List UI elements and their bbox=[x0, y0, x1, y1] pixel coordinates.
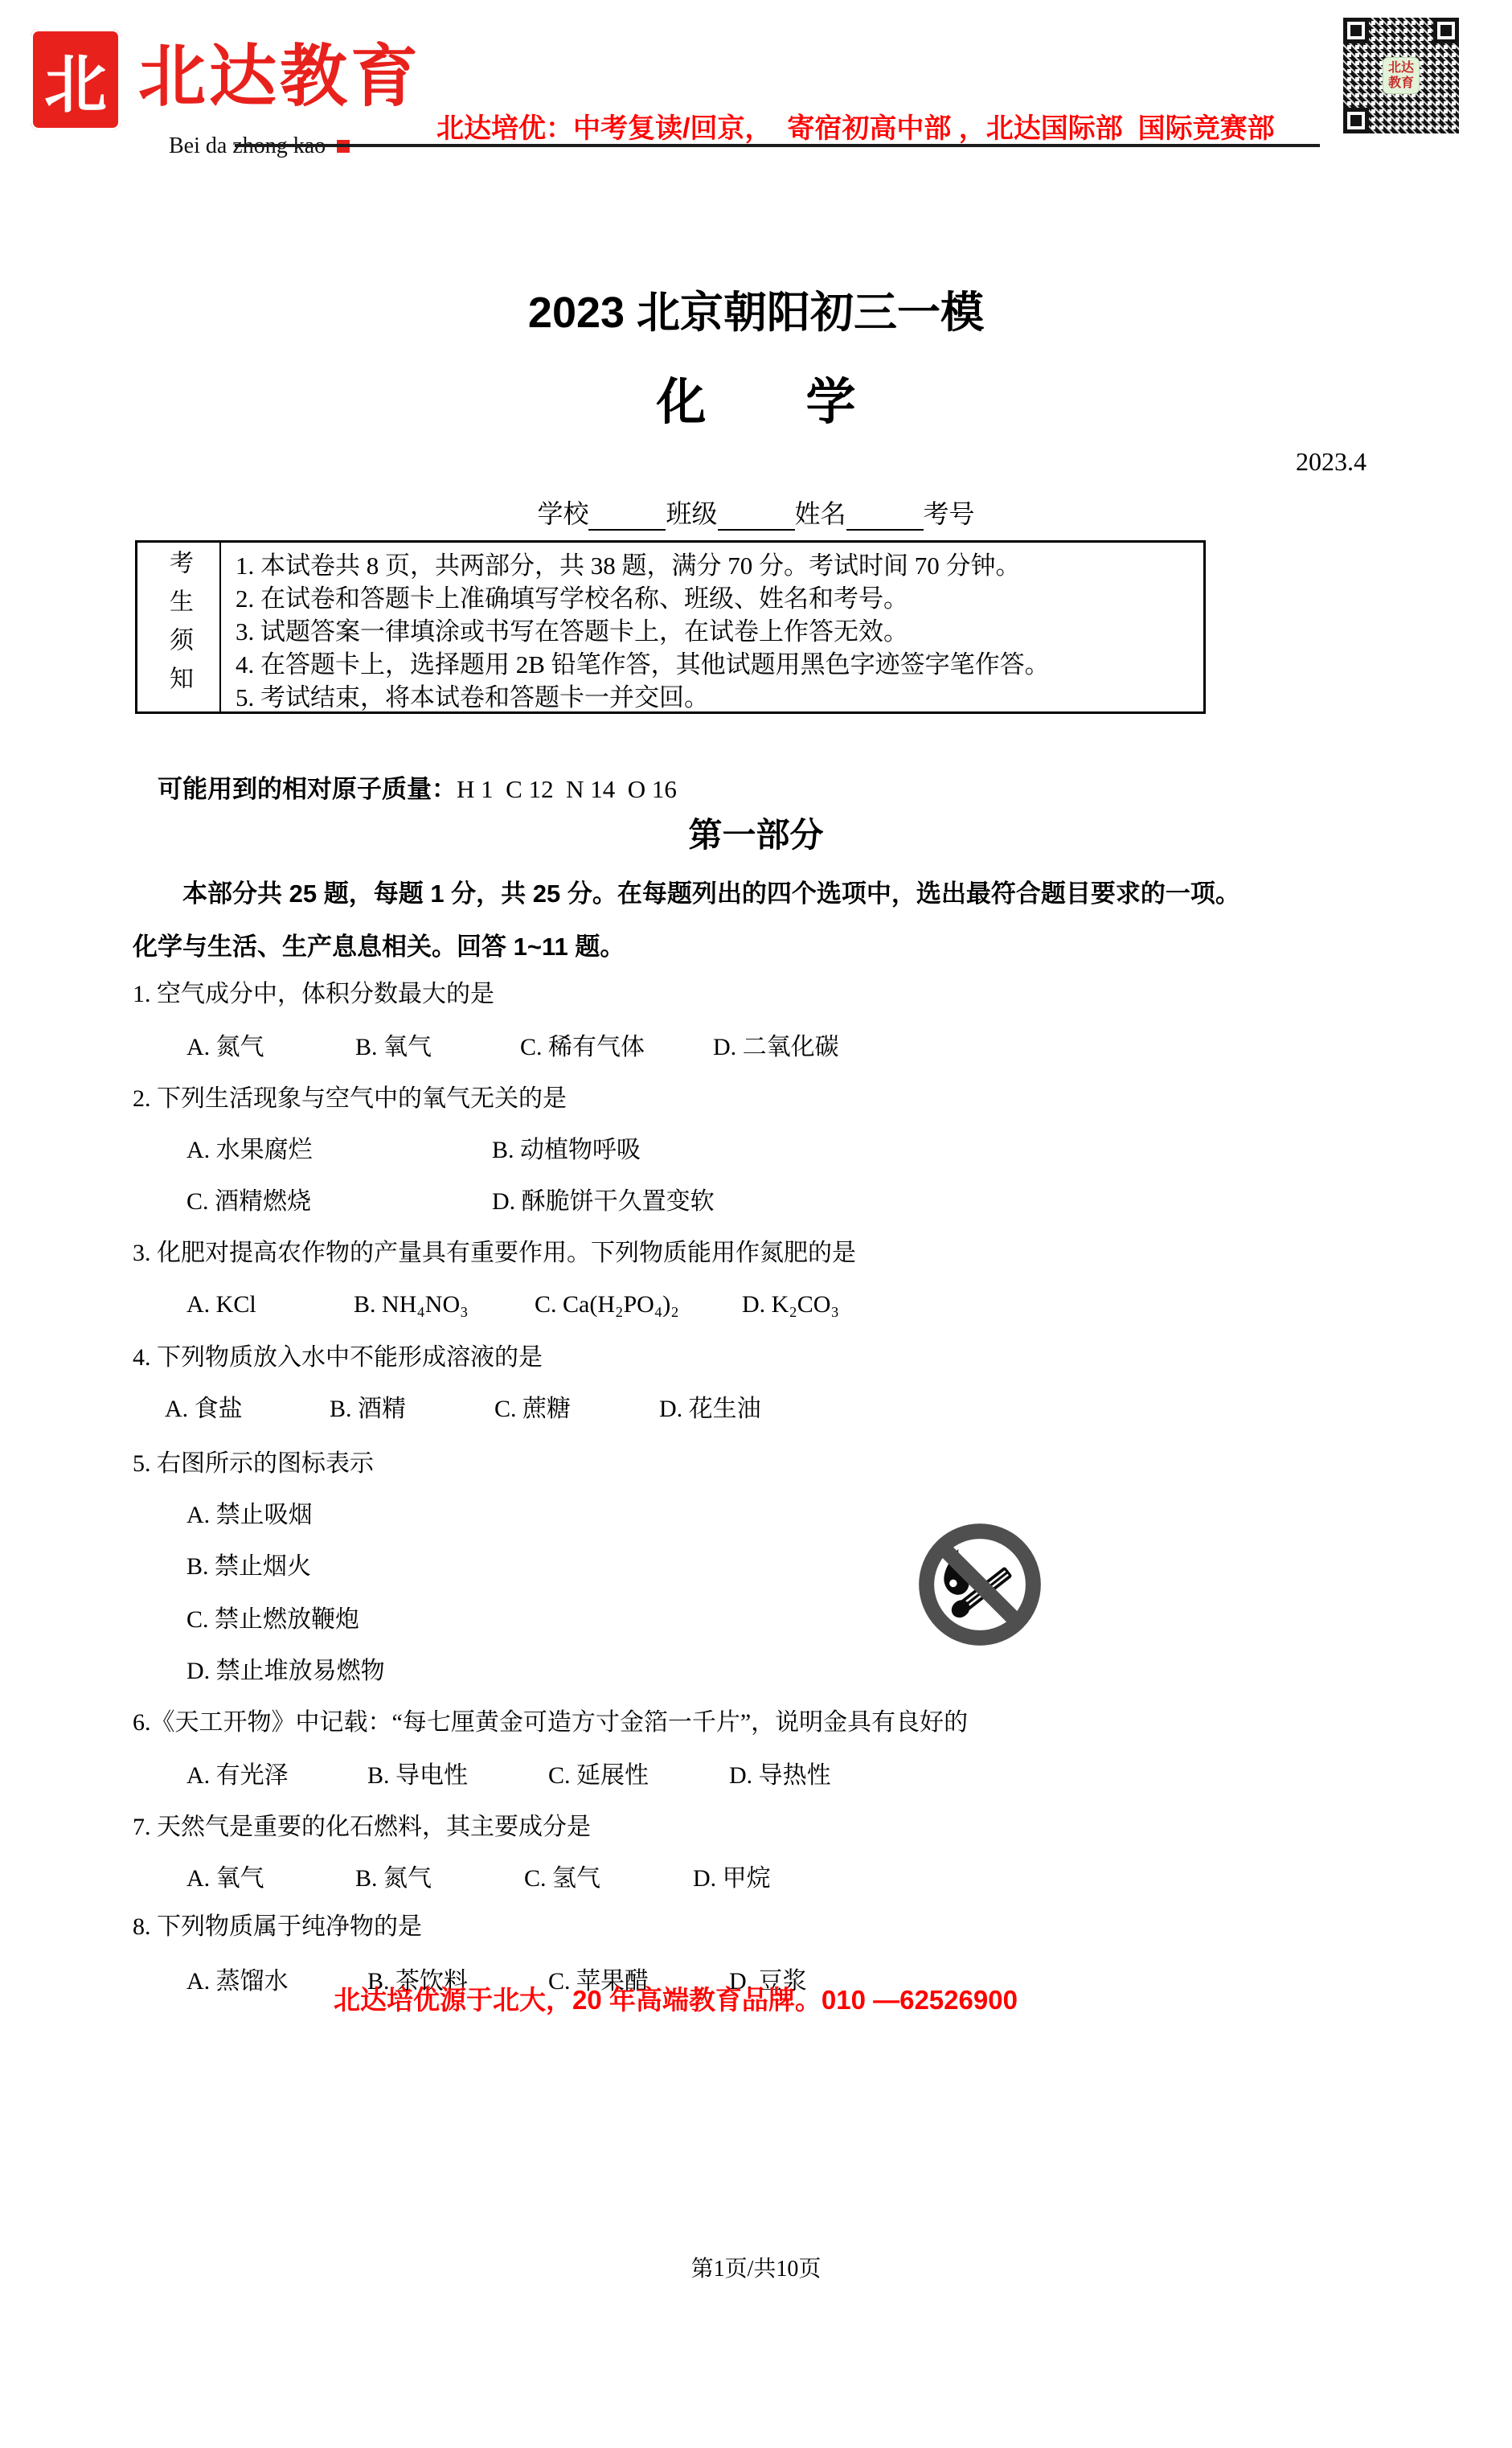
seal-character: 北 bbox=[44, 35, 107, 125]
notice-side-label: 考生须知 bbox=[161, 550, 196, 704]
notice-item: 4. 在答题卡上，选择题用 2B 铅笔作答，其他试题用黑色字迹签字笔作答。 bbox=[236, 648, 1195, 681]
name-blank-field[interactable] bbox=[846, 500, 924, 531]
option-b[interactable]: B. 氮气 bbox=[355, 1862, 524, 1896]
option-a[interactable]: A. 水果腐烂 bbox=[186, 1134, 492, 1167]
option-c[interactable]: C. 禁止燃放鞭炮 bbox=[186, 1603, 359, 1637]
option-a[interactable]: A. 氮气 bbox=[186, 1031, 355, 1064]
question-2-options-row2: C. 酒精燃烧 D. 酥脆饼干久置变软 bbox=[186, 1185, 715, 1219]
class-blank-field[interactable] bbox=[718, 500, 795, 531]
part1-intro-line1: 本部分共 25 题，每题 1 分，共 25 分。在每题列出的四个选项中，选出最符… bbox=[133, 873, 1387, 909]
school-label: 学校 bbox=[537, 494, 588, 531]
question-4-text: 4. 下列物质放入水中不能形成溶液的是 bbox=[133, 1341, 543, 1375]
question-6-options: A. 有光泽 B. 导电性 C. 延展性 D. 导热性 bbox=[186, 1759, 831, 1793]
class-label: 班级 bbox=[666, 494, 717, 531]
page-number: 第1页/共10页 bbox=[0, 2251, 1512, 2283]
option-c[interactable]: C. 延展性 bbox=[548, 1759, 729, 1793]
question-8-text: 8. 下列物质属于纯净物的是 bbox=[133, 1910, 422, 1944]
notice-item: 1. 本试卷共 8 页，共两部分，共 38 题，满分 70 分。考试时间 70 … bbox=[236, 549, 1195, 582]
atomic-mass-prefix: 可能用到的相对原子质量： bbox=[158, 775, 457, 803]
option-c[interactable]: C. 稀有气体 bbox=[520, 1031, 713, 1064]
question-2-text: 2. 下列生活现象与空气中的氧气无关的是 bbox=[133, 1082, 567, 1116]
option-d[interactable]: D. 酥脆饼干久置变软 bbox=[492, 1185, 715, 1219]
no-open-flame-icon bbox=[916, 1521, 1043, 1648]
notice-item: 3. 试题答案一律填涂或书写在答题卡上，在试卷上作答无效。 bbox=[236, 615, 1195, 648]
qr-code: 北达教育 bbox=[1338, 13, 1464, 138]
exam-paper-page: 北 北达教育 Bei da zhong kao 北达培优：中考复读/回京， 寄宿… bbox=[0, 0, 1512, 2448]
option-c[interactable]: C. 氢气 bbox=[524, 1862, 693, 1896]
qr-finder-icon bbox=[1343, 18, 1369, 43]
option-b[interactable]: B. NH₄NO₃ bbox=[354, 1288, 535, 1322]
option-a[interactable]: A. KCl bbox=[186, 1288, 354, 1322]
option-c[interactable]: C. 蔗糖 bbox=[494, 1392, 659, 1426]
notice-item: 2. 在试卷和答题卡上准确填写学校名称、班级、姓名和考号。 bbox=[236, 582, 1195, 615]
option-b[interactable]: B. 酒精 bbox=[330, 1392, 494, 1426]
option-c[interactable]: C. Ca(H₂PO₄)₂ bbox=[535, 1288, 742, 1322]
option-d[interactable]: D. K₂CO₃ bbox=[742, 1288, 839, 1322]
option-a[interactable]: A. 禁止吸烟 bbox=[186, 1499, 313, 1532]
notice-items: 1. 本试卷共 8 页，共两部分，共 38 题，满分 70 分。考试时间 70 … bbox=[221, 543, 1203, 711]
qr-code-pattern: 北达教育 bbox=[1343, 18, 1459, 133]
brand-name-calligraphy: 北达教育 bbox=[138, 23, 421, 120]
option-a[interactable]: A. 有光泽 bbox=[186, 1759, 367, 1793]
option-b[interactable]: B. 导电性 bbox=[367, 1759, 548, 1793]
option-d[interactable]: D. 禁止堆放易燃物 bbox=[186, 1655, 385, 1688]
student-info-line: 学校班级姓名考号 bbox=[0, 494, 1512, 531]
brand-seal-logo: 北 bbox=[31, 29, 121, 130]
qr-finder-icon bbox=[1343, 108, 1369, 133]
option-b[interactable]: B. 禁止烟火 bbox=[186, 1550, 311, 1584]
question-5-text: 5. 右图所示的图标表示 bbox=[133, 1447, 374, 1481]
examinee-notice-box: 考生须知 1. 本试卷共 8 页，共两部分，共 38 题，满分 70 分。考试时… bbox=[135, 540, 1206, 714]
option-c[interactable]: C. 酒精燃烧 bbox=[186, 1185, 492, 1219]
exam-no-label: 考号 bbox=[924, 494, 975, 531]
school-blank-field[interactable] bbox=[588, 500, 666, 531]
part1-intro-line2: 化学与生活、生产息息相关。回答 1~11 题。 bbox=[133, 926, 1387, 962]
promo-text: 北达培优源于北大，20 年高端教育品牌。010 —62526900 bbox=[334, 1979, 1018, 2017]
question-7-text: 7. 天然气是重要的化石燃料，其主要成分是 bbox=[133, 1810, 591, 1844]
notice-item: 5. 考试结束，将本试卷和答题卡一并交回。 bbox=[236, 681, 1195, 714]
option-b[interactable]: B. 氧气 bbox=[355, 1031, 520, 1064]
exam-date: 2023.4 bbox=[1296, 447, 1367, 477]
header-divider-line bbox=[235, 144, 1320, 147]
option-a[interactable]: A. 氧气 bbox=[186, 1862, 355, 1896]
option-a[interactable]: A. 食盐 bbox=[165, 1392, 330, 1426]
question-3-text: 3. 化肥对提高农作物的产量具有重要作用。下列物质能用作氮肥的是 bbox=[133, 1236, 856, 1270]
question-2-options-row1: A. 水果腐烂 B. 动植物呼吸 bbox=[186, 1134, 641, 1167]
qr-finder-icon bbox=[1433, 18, 1459, 43]
question-6-text: 6.《天工开物》中记载：“每七厘黄金可造方寸金箔一千片”，说明金具有良好的 bbox=[133, 1706, 968, 1740]
header-banner-text: 北达培优：中考复读/回京， 寄宿初高中部 ，北达国际部 国际竞赛部 bbox=[436, 106, 1275, 146]
option-d[interactable]: D. 二氧化碳 bbox=[713, 1031, 839, 1064]
exam-title: 2023 北京朝阳初三一模 bbox=[0, 278, 1512, 340]
option-d[interactable]: D. 导热性 bbox=[729, 1759, 831, 1793]
option-b[interactable]: B. 动植物呼吸 bbox=[492, 1134, 641, 1167]
question-1-options: A. 氮气 B. 氧气 C. 稀有气体 D. 二氧化碳 bbox=[186, 1031, 839, 1064]
qr-center-label: 北达教育 bbox=[1383, 57, 1420, 94]
subject-title: 化 学 bbox=[0, 362, 1512, 433]
question-3-options: A. KCl B. NH₄NO₃ C. Ca(H₂PO₄)₂ D. K₂CO₃ bbox=[186, 1288, 839, 1322]
question-4-options: A. 食盐 B. 酒精 C. 蔗糖 D. 花生油 bbox=[165, 1392, 761, 1426]
name-label: 姓名 bbox=[795, 494, 846, 531]
option-d[interactable]: D. 甲烷 bbox=[693, 1862, 771, 1896]
question-1-text: 1. 空气成分中，体积分数最大的是 bbox=[133, 978, 494, 1011]
question-7-options: A. 氧气 B. 氮气 C. 氢气 D. 甲烷 bbox=[186, 1862, 771, 1896]
notice-side-cell: 考生须知 bbox=[137, 543, 221, 711]
option-d[interactable]: D. 花生油 bbox=[659, 1392, 761, 1426]
atomic-mass-values: H 1 C 12 N 14 O 16 bbox=[457, 775, 677, 803]
part1-heading: 第一部分 bbox=[0, 809, 1512, 857]
no-open-flame-svg bbox=[916, 1521, 1043, 1648]
